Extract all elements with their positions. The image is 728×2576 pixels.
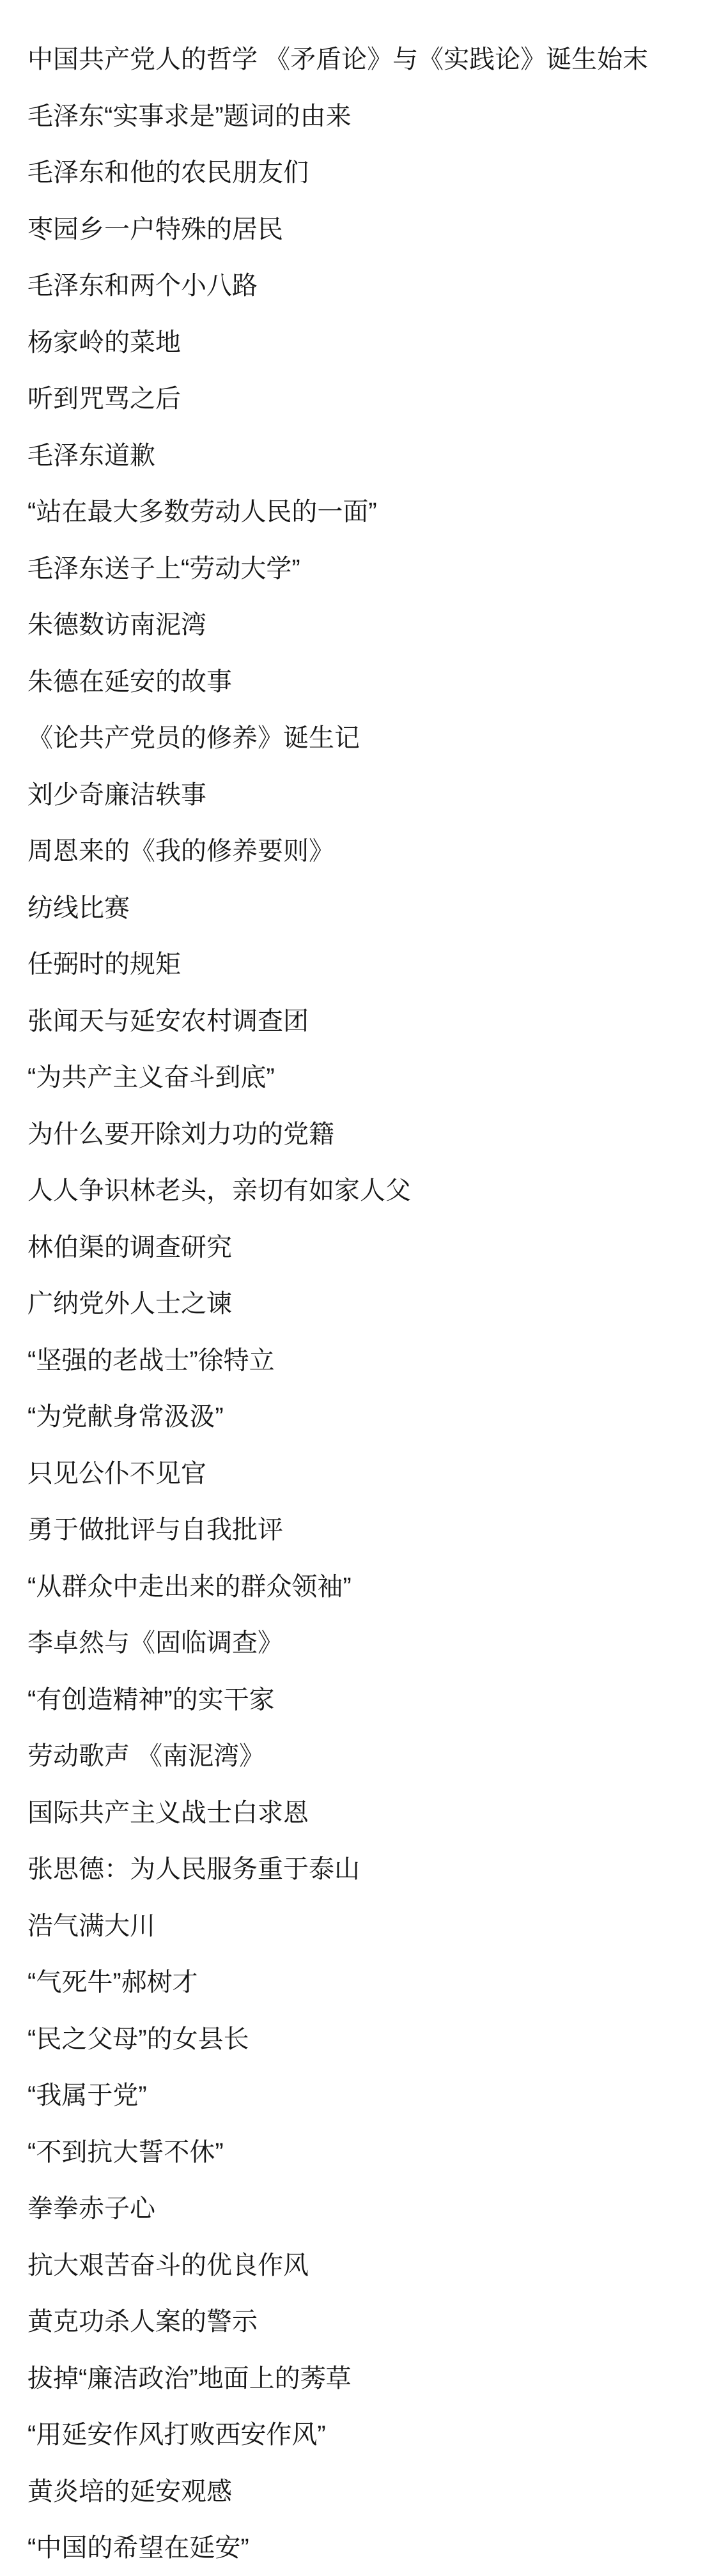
toc-item: “为共产主义奋斗到底” (27, 1049, 715, 1106)
toc-item: 任弼时的规矩 (27, 936, 715, 993)
toc-item: 枣园乡一户特殊的居民 (27, 201, 715, 258)
toc-item: 国际共产主义战士白求恩 (27, 1785, 715, 1842)
toc-item: 人人争识林老头，亲切有如家人父 (27, 1162, 715, 1219)
toc-item: 毛泽东送子上“劳动大学” (27, 541, 715, 598)
toc-item: 朱德数访南泥湾 (27, 597, 715, 654)
toc-item: 只见公仆不见官 (27, 1446, 715, 1502)
toc-item: 毛泽东和两个小八路 (27, 258, 715, 314)
toc-item: 为什么要开除刘力功的党籍 (27, 1106, 715, 1163)
toc-item: 周恩来的《我的修养要则》 (27, 823, 715, 880)
toc-item: 拳拳赤子心 (27, 2180, 715, 2237)
toc-item: 毛泽东“实事求是”题词的由来 (27, 88, 715, 145)
toc-item: 纺线比赛 (27, 880, 715, 937)
toc-item: 《论共产党员的修养》诞生记 (27, 710, 715, 767)
toc-item: 广纳党外人士之谏 (27, 1276, 715, 1332)
toc-item: 杨家岭的菜地 (27, 314, 715, 371)
toc-item: “不到抗大誓不休” (27, 2124, 715, 2181)
toc-item: “从群众中走出来的群众领袖” (27, 1559, 715, 1616)
toc-item: 毛泽东道歉 (27, 428, 715, 484)
toc-item: 抗大艰苦奋斗的优良作风 (27, 2237, 715, 2294)
toc-item: “民之父母”的女县长 (27, 2011, 715, 2068)
toc-item: 浩气满大川 (27, 1898, 715, 1955)
toc-item: 李卓然与《固临调查》 (27, 1615, 715, 1672)
toc-item: “站在最大多数劳动人民的一面” (27, 484, 715, 541)
toc-item: 黄炎培的延安观感 (27, 2464, 715, 2520)
toc-item: “中国的希望在延安” (27, 2520, 715, 2576)
toc-item: “我属于党” (27, 2067, 715, 2124)
toc-item: “为党献身常汲汲” (27, 1389, 715, 1446)
toc-item: 拔掉“廉洁政治”地面上的莠草 (27, 2350, 715, 2407)
toc-item: 勇于做批评与自我批评 (27, 1502, 715, 1559)
toc-item: “气死牛”郝树才 (27, 1954, 715, 2011)
toc-item: “有创造精神”的实干家 (27, 1672, 715, 1729)
toc-list: 中国共产党人的哲学 《矛盾论》与《实践论》诞生始末毛泽东“实事求是”题词的由来毛… (0, 0, 728, 2576)
document-page: 中国共产党人的哲学 《矛盾论》与《实践论》诞生始末毛泽东“实事求是”题词的由来毛… (0, 0, 728, 2576)
toc-item: “用延安作风打败西安作风” (27, 2407, 715, 2464)
toc-item: 中国共产党人的哲学 《矛盾论》与《实践论》诞生始末 (27, 31, 715, 88)
toc-item: 朱德在延安的故事 (27, 654, 715, 711)
toc-item: 听到咒骂之后 (27, 371, 715, 428)
toc-item: 林伯渠的调查研究 (27, 1219, 715, 1276)
toc-item: 劳动歌声 《南泥湾》 (27, 1728, 715, 1785)
toc-item: 张闻天与延安农村调查团 (27, 993, 715, 1050)
toc-item: 黄克功杀人案的警示 (27, 2294, 715, 2350)
toc-item: 毛泽东和他的农民朋友们 (27, 144, 715, 201)
toc-item: 刘少奇廉洁轶事 (27, 767, 715, 824)
toc-item: 张思德：为人民服务重于泰山 (27, 1841, 715, 1898)
toc-item: “坚强的老战士”徐特立 (27, 1332, 715, 1389)
